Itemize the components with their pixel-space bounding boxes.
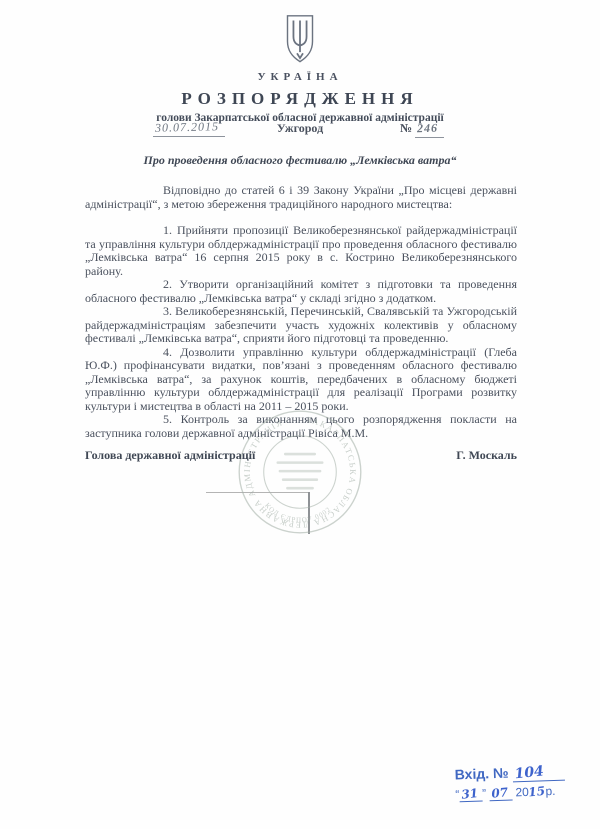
document-body: Відповідно до статей 6 і 39 Закону Украї… [85, 184, 517, 440]
subject-title: Про проведення обласного фестивалю „Лемк… [0, 153, 600, 168]
document-number: № 246 [400, 121, 444, 138]
document-header: УКРАЇНА РОЗПОРЯДЖЕННЯ голови Закарпатськ… [0, 14, 600, 124]
city-name: Ужгород [0, 121, 600, 136]
signer-title: Голова державної адміністрації [85, 448, 255, 463]
ukraine-trident-emblem-icon [282, 14, 318, 69]
close-quote: ” [482, 786, 486, 800]
intake-label: Вхід. № [454, 765, 508, 783]
item-paragraph-1: 1. Прийняти пропозиції Великоберезнянськ… [85, 224, 517, 278]
number-handwritten: 246 [417, 121, 438, 137]
signature-row: Голова державної адміністрації Г. Москал… [85, 448, 517, 463]
meta-row: 30.07.2015 Ужгород № 246 [0, 120, 600, 142]
intake-month-handwritten: 07 [491, 785, 509, 801]
intake-stamp-line2: “31” 07 2015р. [455, 783, 595, 803]
document-type-title: РОЗПОРЯДЖЕННЯ [0, 89, 600, 109]
country-name: УКРАЇНА [0, 71, 600, 83]
item-paragraph-3: 3. Великоберезнянській, Перечинській, Св… [85, 305, 517, 346]
year-suffix: р. [545, 784, 555, 798]
intake-day-underline: 31 [459, 787, 482, 803]
intake-month-underline: 07 [489, 785, 512, 801]
intake-stamp: Вхід. № 104 “31” 07 2015р. [454, 762, 595, 803]
intake-number-underline: 104 [512, 763, 565, 783]
intake-stamp-line1: Вхід. № 104 [454, 762, 595, 785]
number-label: № [400, 121, 412, 135]
year-handwritten: 15 [528, 784, 546, 800]
scanned-document-page: УКРАЇНА РОЗПОРЯДЖЕННЯ голови Закарпатськ… [0, 0, 600, 829]
signer-name: Г. Москаль [456, 448, 517, 463]
official-round-seal: ЗАКАРПАТСЬКА ОБЛАСНА ДЕРЖАВНА АДМІНІСТРА… [236, 408, 364, 536]
number-value-underline: 246 [415, 121, 444, 138]
item-paragraph-2: 2. Утворити організаційний комітет з під… [85, 278, 517, 305]
intake-number-handwritten: 104 [514, 763, 545, 782]
intro-paragraph: Відповідно до статей 6 і 39 Закону Украї… [85, 184, 517, 211]
item-paragraph-4: 4. Дозволити управлінню культури облдерж… [85, 346, 517, 414]
intake-day-handwritten: 31 [461, 786, 479, 802]
